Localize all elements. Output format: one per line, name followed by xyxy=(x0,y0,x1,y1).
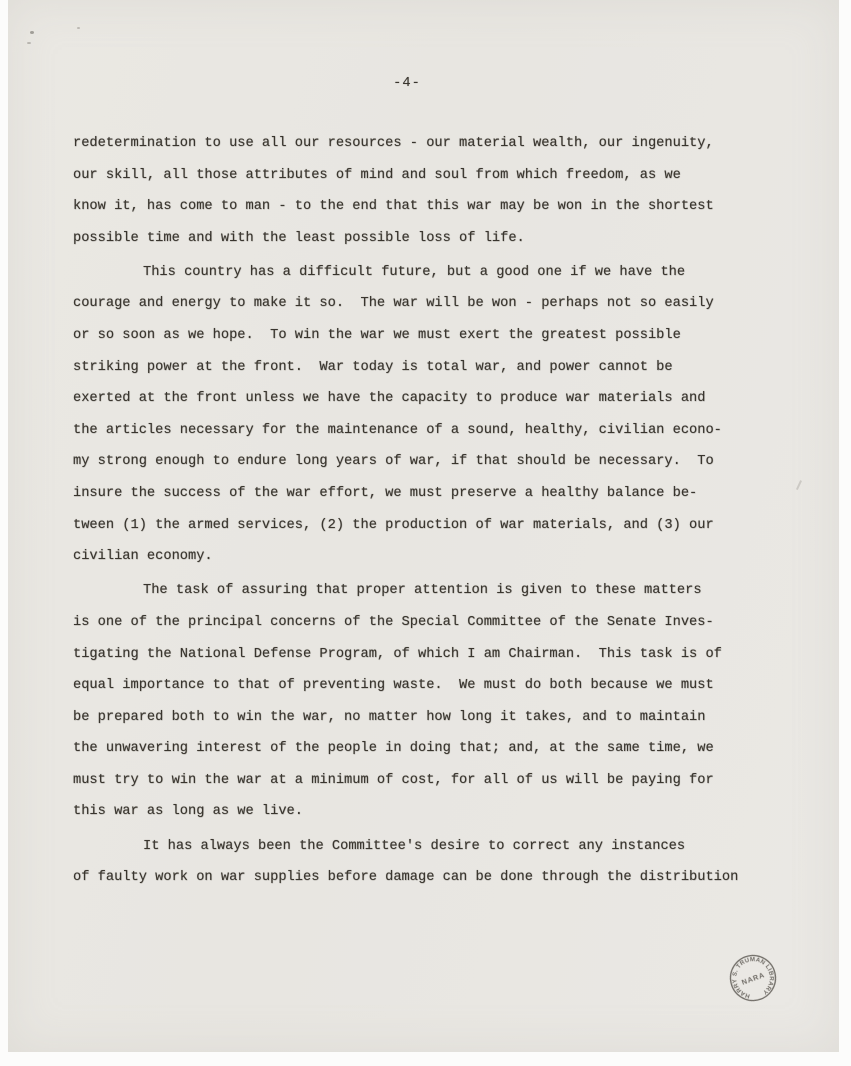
text-line: redetermination to use all our resources… xyxy=(73,128,741,160)
text-line: is one of the principal concerns of the … xyxy=(73,607,741,639)
text-line: know it, has come to man - to the end th… xyxy=(73,191,741,223)
text-line: equal importance to that of preventing w… xyxy=(73,670,741,702)
paragraph: It has always been the Committee's desir… xyxy=(73,831,741,894)
stamp-center-text: NARA xyxy=(740,970,766,987)
text-line: be prepared both to win the war, no matt… xyxy=(73,702,741,734)
paper-speck xyxy=(27,42,31,44)
paragraph: redetermination to use all our resources… xyxy=(73,128,741,254)
text-line: This country has a difficult future, but… xyxy=(73,257,741,289)
text-line: exerted at the front unless we have the … xyxy=(73,383,741,415)
text-line: courage and energy to make it so. The wa… xyxy=(73,288,741,320)
text-line: of faulty work on war supplies before da… xyxy=(73,862,741,894)
text-line: must try to win the war at a minimum of … xyxy=(73,765,741,797)
paper-scuff xyxy=(796,480,802,490)
truman-library-stamp: HARRY S. TRUMAN LIBRARY NARA xyxy=(710,935,795,1020)
text-line: striking power at the front. War today i… xyxy=(73,352,741,384)
paragraph: This country has a difficult future, but… xyxy=(73,257,741,573)
text-line: insure the success of the war effort, we… xyxy=(73,478,741,510)
text-line: civilian economy. xyxy=(73,541,741,573)
document-body: redetermination to use all our resources… xyxy=(73,128,741,894)
text-line: the articles necessary for the maintenan… xyxy=(73,415,741,447)
paragraph: The task of assuring that proper attenti… xyxy=(73,575,741,828)
text-line: our skill, all those attributes of mind … xyxy=(73,160,741,192)
document-page: -4- redetermination to use all our resou… xyxy=(8,0,839,1052)
scan-background: -4- redetermination to use all our resou… xyxy=(0,0,851,1066)
text-line: The task of assuring that proper attenti… xyxy=(73,575,741,607)
text-line: the unwavering interest of the people in… xyxy=(73,733,741,765)
page-number: -4- xyxy=(73,74,741,94)
text-line: or so soon as we hope. To win the war we… xyxy=(73,320,741,352)
text-line: this war as long as we live. xyxy=(73,796,741,828)
text-line: my strong enough to endure long years of… xyxy=(73,446,741,478)
text-line: tigating the National Defense Program, o… xyxy=(73,639,741,671)
text-line: It has always been the Committee's desir… xyxy=(73,831,741,863)
text-line: possible time and with the least possibl… xyxy=(73,223,741,255)
text-column: -4- redetermination to use all our resou… xyxy=(73,0,741,894)
paper-speck xyxy=(30,31,34,34)
text-line: tween (1) the armed services, (2) the pr… xyxy=(73,510,741,542)
